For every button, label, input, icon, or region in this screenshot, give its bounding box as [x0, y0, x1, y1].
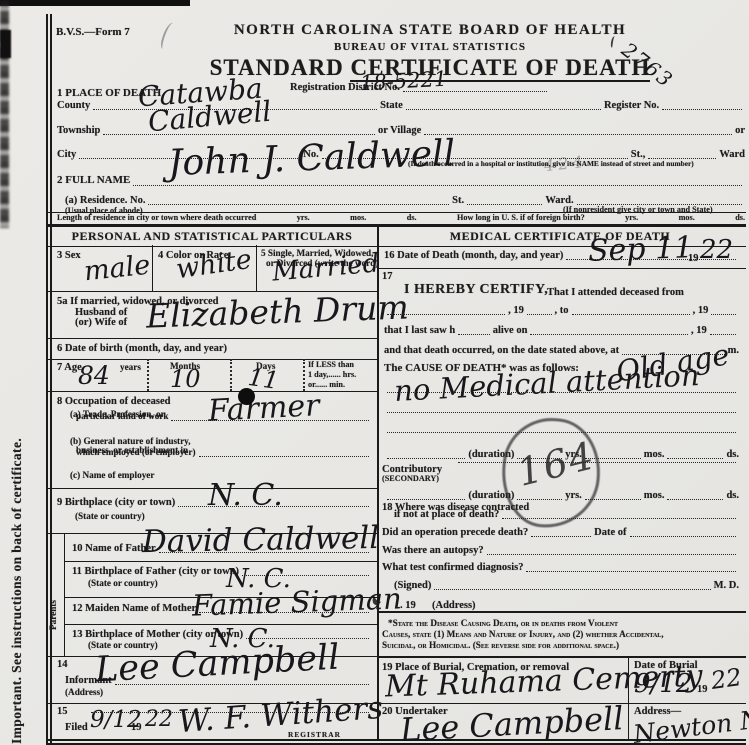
death-certificate-scan: Important. See instructions on back of c…: [0, 0, 749, 745]
rule: [628, 656, 629, 703]
us-mos-label: mos.: [679, 214, 695, 223]
md-label: M. D.: [714, 580, 739, 591]
spouse-label-3: (or) Wife of: [75, 317, 127, 328]
burial-date-year-handwriting: 22: [710, 666, 743, 693]
rule: [378, 268, 746, 269]
ward-label: Ward: [719, 149, 745, 160]
org-title: NORTH CAROLINA STATE BOARD OF HEALTH: [190, 23, 670, 39]
length-ds-label: ds.: [407, 214, 417, 223]
item17-num: 17: [382, 271, 393, 282]
spacer-line: [387, 499, 465, 500]
autopsy-label: Was there an autopsy?: [382, 545, 484, 556]
occupation-a2: particular kind of work: [76, 412, 168, 422]
county-label: County: [57, 100, 90, 111]
color-race-handwriting: white: [175, 247, 254, 283]
how-long-us-label: How long in U. S. if of foreign birth?: [457, 214, 585, 223]
certify-19b: , 19: [693, 305, 709, 316]
parents-vertical-label: Parents: [49, 560, 59, 630]
operation-line: [531, 536, 591, 537]
spacer-line: [711, 314, 736, 315]
age-less-label-2: 1 day,...... hrs.: [308, 371, 356, 380]
duration-ds-1: ds.: [726, 449, 739, 460]
form-code: B.V.S.—Form 7: [56, 27, 130, 39]
death-occurred-label: and that death occurred, on the date sta…: [384, 345, 619, 356]
signed-line: [434, 589, 710, 590]
spacer-line: [667, 499, 723, 500]
divider-heavy: [46, 224, 746, 227]
occupation-b3: which employed (or employer): [76, 448, 196, 458]
township-label: Township: [57, 125, 100, 136]
rule: [152, 245, 153, 291]
operation-label: Did an operation precede death?: [382, 527, 528, 538]
residence-label: (a) Residence. No.: [65, 195, 145, 206]
filed-year-printed: 19: [131, 722, 142, 733]
us-ds-label: ds.: [735, 214, 745, 223]
residence-st-label: St.: [452, 195, 464, 206]
age-years-label: years: [120, 363, 141, 373]
residence-st-line: [467, 204, 542, 205]
rule: [46, 246, 377, 247]
certify-19a: , 19: [508, 305, 524, 316]
father-birthplace-label: 11 Birthplace of Father (city or town): [72, 566, 239, 577]
scan-artifact-blob: [0, 30, 11, 58]
certify-label-rest: That I attended deceased from: [547, 287, 684, 298]
footnote-line-2: Causes, state (1) Means and Nature of In…: [382, 630, 664, 640]
filed-line: [91, 712, 369, 713]
alive-on-line: [530, 334, 688, 335]
duration-mos-2: mos.: [644, 490, 665, 501]
filed-num: 15: [57, 706, 68, 717]
frame-left-outer: [46, 14, 48, 743]
employer-line: [199, 456, 369, 457]
state-label: State: [380, 100, 403, 111]
rule: [256, 245, 257, 291]
cause-line-2: [387, 412, 736, 413]
marital-handwriting: Married: [271, 251, 380, 285]
full-name-label: 2 FULL NAME: [57, 175, 130, 187]
spacer-line: [458, 334, 490, 335]
date-of-label: Date of: [594, 527, 626, 538]
birthplace-sub: (State or country): [75, 512, 145, 522]
m-label: m.: [728, 345, 739, 356]
length-of-residence-label: Length of residence in city or town wher…: [57, 214, 256, 223]
rule: [46, 391, 377, 392]
signed-date-label: . 19: [400, 600, 416, 611]
sex-handwriting: male: [83, 253, 152, 285]
personal-section-header: PERSONAL AND STATISTICAL PARTICULARS: [52, 230, 372, 243]
state-line: [406, 109, 601, 110]
village-line: [424, 134, 732, 135]
registrar-label: REGISTRAR: [288, 731, 341, 739]
spacer-line: [387, 458, 465, 459]
footnote-line-1: *State the Disease Causing Death, or in …: [388, 619, 618, 629]
where-contracted-label-2: if not at place of death?: [394, 509, 499, 520]
township-line: [103, 134, 375, 135]
spacer-line: [667, 458, 723, 459]
length-yrs-label: yrs.: [297, 214, 310, 223]
or-label: or: [735, 125, 745, 136]
pencil-stroke-mark: [159, 21, 177, 51]
occupation-handwriting: Farmer: [207, 392, 320, 426]
age-years-handwriting: 84: [78, 364, 110, 388]
dotted-divider: [230, 359, 232, 391]
full-name-pencil-note: 424: [543, 154, 587, 174]
mother-label: 12 Maiden Name of Mother: [72, 603, 196, 614]
operation-date-line: [630, 536, 736, 537]
dotted-divider: [303, 359, 305, 391]
margin-note: Important. See instructions on back of c…: [10, 208, 24, 744]
date-of-death-handwriting: Sep 11: [588, 234, 694, 266]
father-handwriting: David Caldwell: [142, 524, 380, 558]
rule: [64, 561, 377, 562]
date-of-death-year-printed: 19: [688, 253, 699, 264]
attended-from-line: [387, 314, 505, 315]
frame-left-inner: [50, 14, 52, 743]
mother-handwriting: Famie Sigman: [192, 585, 403, 620]
dotted-divider: [147, 359, 149, 391]
informant-num: 14: [57, 659, 68, 670]
burial-date-year-printed: 19: [697, 684, 708, 695]
cause-line-1: [387, 392, 736, 393]
certify-to: , to: [555, 305, 569, 316]
where-contracted-line: [502, 518, 736, 519]
full-name-handwriting: John J. Caldwell: [167, 137, 455, 181]
residence-line: [148, 204, 449, 205]
test-label: What test confirmed diagnosis?: [382, 562, 523, 573]
birth-date-label: 6 Date of birth (month, day, and year): [57, 343, 227, 354]
duration-mos-1: mos.: [644, 449, 665, 460]
date-of-death-year-handwriting: 22: [700, 238, 733, 263]
registrar-signature-handwriting: W. F. Withers: [177, 694, 384, 738]
scan-artifact-top-bar: [0, 0, 190, 6]
certify-label-big: I HEREBY CERTIFY,: [404, 283, 548, 298]
last-19: , 19: [691, 325, 707, 336]
spouse-handwriting: Elizabeth Drum: [146, 291, 410, 331]
sex-label: 3 Sex: [57, 250, 81, 261]
birthplace-handwriting: N. C.: [208, 482, 283, 511]
burial-date-handwriting: 9/12: [634, 672, 692, 697]
signed-address-label: (Address): [432, 600, 476, 611]
filed-label: Filed: [65, 722, 88, 733]
attended-to-line: [572, 314, 690, 315]
undertaker-handwriting: Lee Campbell: [399, 703, 624, 745]
us-yrs-label: yrs.: [625, 214, 638, 223]
registration-district-handwriting: 18-5221: [360, 70, 448, 94]
autopsy-line: [487, 554, 736, 555]
rule: [64, 533, 65, 656]
bureau-title: BUREAU OF VITAL STATISTICS: [190, 42, 670, 54]
rule-heavy: [378, 656, 746, 658]
spacer-line: [527, 314, 552, 315]
last-saw-label: that I last saw h: [384, 325, 455, 336]
register-no-line: [662, 109, 742, 110]
length-mos-label: mos.: [350, 214, 366, 223]
date-of-death-label: 16 Date of Death (month, day, and year): [384, 250, 563, 261]
age-months-handwriting: 10: [170, 368, 201, 391]
father-birthplace-sub: (State or country): [88, 579, 158, 589]
spacer-line: [710, 334, 736, 335]
rule-heavy: [378, 611, 746, 613]
age-less-label-1: If LESS than: [308, 361, 354, 370]
duration-ds-2: ds.: [726, 490, 739, 501]
ink-blot: [238, 388, 255, 405]
register-no-label: Register No.: [604, 100, 659, 111]
full-name-line: [133, 185, 742, 186]
alive-on-label: alive on: [493, 325, 528, 336]
occupation-label: 8 Occupation of deceased: [57, 396, 170, 407]
footnote-line-3: Suicidal, or Homicidal. (See reverse sid…: [382, 641, 619, 651]
birthplace-label: 9 Birthplace (city or town): [57, 497, 175, 508]
rule: [46, 338, 377, 339]
city-label: City: [57, 149, 76, 160]
test-line: [526, 571, 736, 572]
occupation-c: (c) Name of employer: [70, 471, 154, 481]
secondary-label: (SECONDARY): [382, 475, 439, 484]
rule: [628, 703, 629, 739]
